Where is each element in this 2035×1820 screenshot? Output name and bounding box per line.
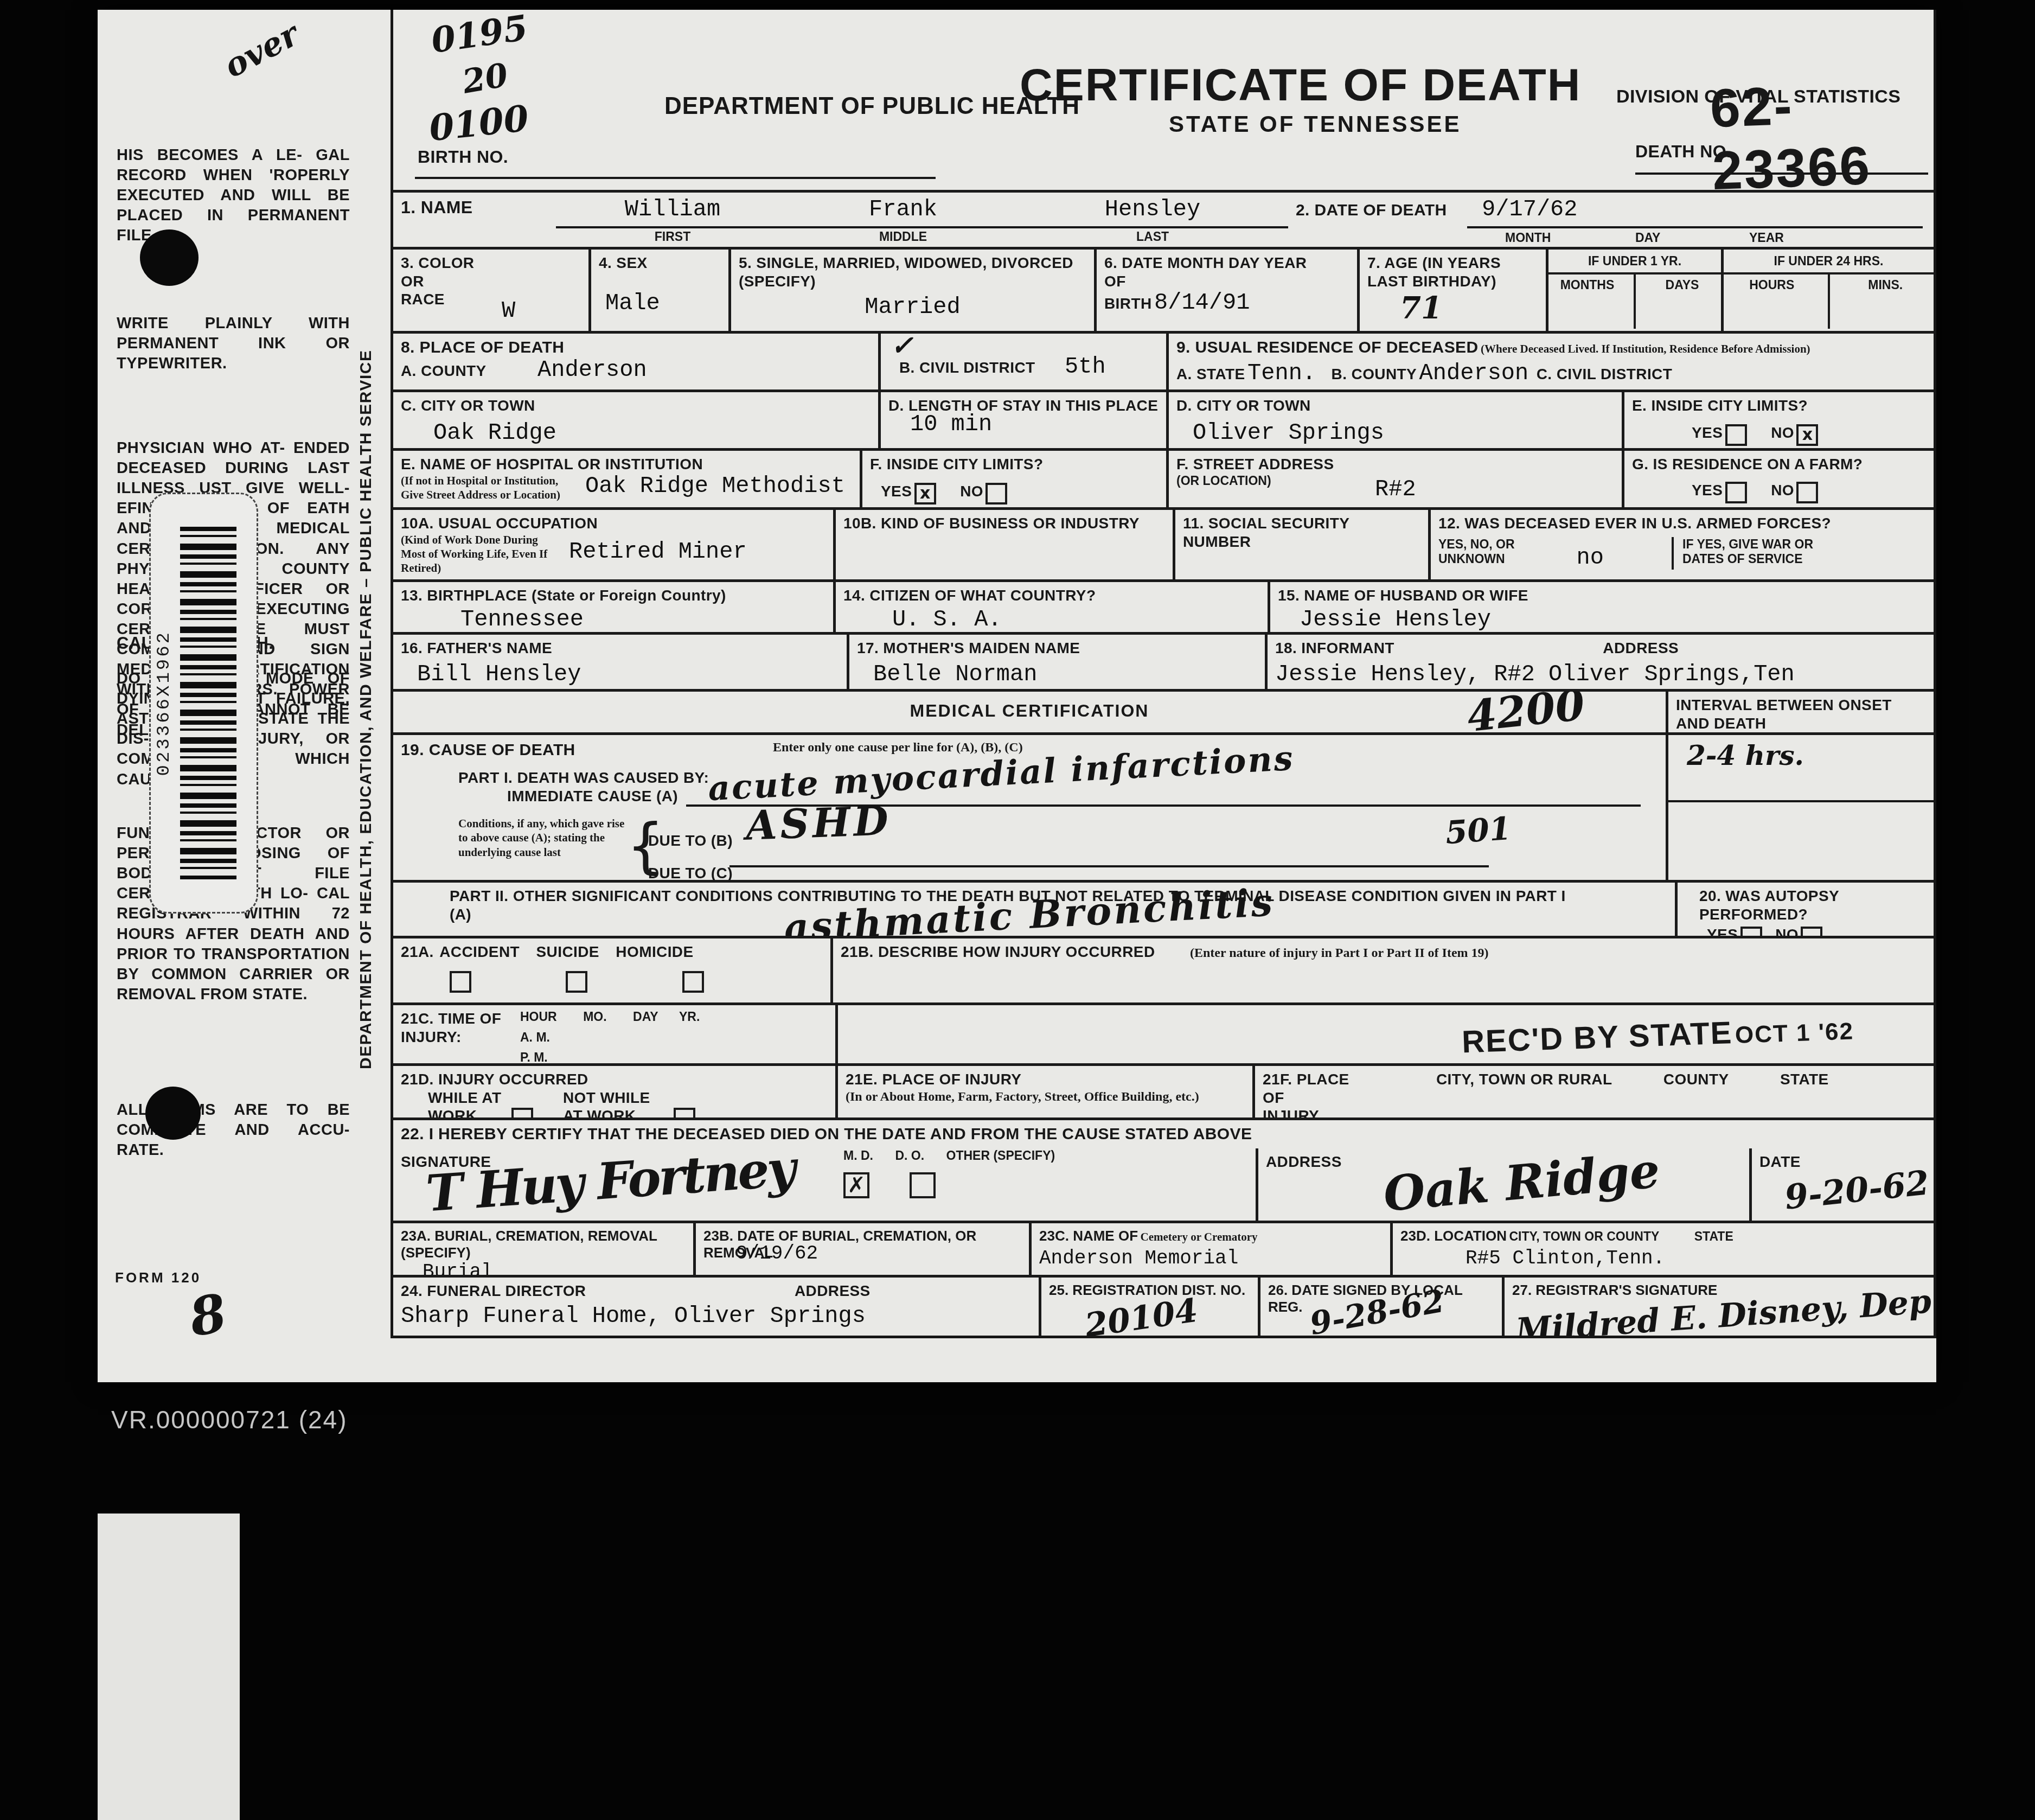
- place-county-label: A. COUNTY: [401, 362, 487, 379]
- injury-21e-note: (In or About Home, Farm, Factory, Street…: [846, 1089, 1245, 1105]
- cause-label: 19. CAUSE OF DEATH: [401, 740, 575, 760]
- row-place-county: 8. PLACE OF DEATH A. COUNTY Anderson ✓ B…: [393, 331, 1934, 389]
- hole-punch: [145, 1087, 201, 1140]
- injury-21b-note: (Enter nature of injury in Part I or Par…: [1190, 946, 1489, 960]
- row-demographics: 3. COLOR OR RACE W 4. SEX Male 5. SINGLE…: [393, 247, 1934, 331]
- not-while-at-work-checkbox: [674, 1108, 695, 1117]
- department-line: DEPARTMENT OF PUBLIC HEALTH: [664, 92, 1080, 121]
- injury-21b-label: 21B. DESCRIBE HOW INJURY OCCURRED: [841, 943, 1155, 960]
- dod-value: 9/17/62: [1482, 196, 1577, 222]
- autopsy-label: 20. WAS AUTOPSY PERFORMED?: [1685, 887, 1926, 923]
- homicide-checkbox: [682, 971, 704, 993]
- race-label-3: RACE: [401, 290, 581, 309]
- autopsy-yes-checkbox: [1740, 927, 1762, 936]
- residence-city-label: D. CITY OR TOWN: [1176, 397, 1614, 415]
- funeral-director-value: Sharp Funeral Home, Oliver Springs: [401, 1304, 1031, 1329]
- part1-label: PART I. DEATH WAS CAUSED BY:: [458, 769, 709, 787]
- due-b-label: DUE TO (B): [648, 832, 733, 850]
- form-number-label: FORM 120: [115, 1269, 201, 1286]
- interval-a-value: 2-4 hrs.: [1687, 739, 1804, 771]
- birth-no-label: BIRTH NO.: [418, 146, 508, 167]
- row-cause-of-death: 19. CAUSE OF DEATH Enter only one cause …: [393, 732, 1934, 880]
- place-limits-no-checkbox: [985, 483, 1007, 505]
- sex-value: Male: [605, 291, 721, 316]
- accident-checkbox: [450, 971, 471, 993]
- farm-no-label: NO: [1771, 482, 1794, 499]
- registration-dist-label: 25. REGISTRATION DIST. NO.: [1049, 1282, 1250, 1299]
- residence-limits-yes-checkbox: [1725, 424, 1747, 446]
- handwritten-over-note: over: [218, 15, 305, 86]
- handwritten-eight: 8: [185, 1282, 231, 1349]
- under-1yr-label: IF UNDER 1 YR.: [1548, 254, 1721, 269]
- while-at-work-label: WHILE AT WORK: [428, 1089, 509, 1117]
- place-of-death-header: 8. PLACE OF DEATH: [401, 338, 871, 357]
- hole-punch: [140, 229, 199, 286]
- burial-d-sub: CITY, TOWN OR COUNTY: [1509, 1229, 1659, 1243]
- name-middle-sub: MIDDLE: [797, 229, 1009, 245]
- citizen-value: U. S. A.: [892, 607, 1260, 632]
- do-label: D. O.: [895, 1148, 924, 1163]
- residence-county-value: Anderson: [1419, 360, 1529, 386]
- certificate-title: CERTIFICATE OF DEATH: [1020, 58, 1582, 112]
- row-medical-header: MEDICAL CERTIFICATION 4200 INTERVAL BETW…: [393, 689, 1934, 732]
- place-stay-value: 10 min: [910, 412, 1159, 437]
- dob-value: 8/14/91: [1154, 290, 1250, 316]
- armed-forces-value: no: [1576, 544, 1603, 570]
- spouse-value: Jessie Hensley: [1300, 607, 1926, 632]
- residence-limits-label: E. INSIDE CITY LIMITS?: [1632, 397, 1926, 415]
- marital-label: 5. SINGLE, MARRIED, WIDOWED, DIVORCED (S…: [739, 254, 1086, 290]
- row-burial: 23A. BURIAL, CREMATION, REMOVAL (SPECIFY…: [393, 1221, 1934, 1275]
- autopsy-no-checkbox: [1801, 927, 1822, 936]
- father-label: 16. FATHER'S NAME: [401, 639, 839, 657]
- ssn-label: 11. SOCIAL SECURITY NUMBER: [1183, 514, 1420, 551]
- armed-forces-note: IF YES, GIVE WAR OR DATES OF SERVICE: [1672, 537, 1834, 570]
- recd-date-stamp: OCT 1 '62: [1735, 1018, 1854, 1049]
- place-limits-label: F. INSIDE CITY LIMITS?: [870, 455, 1159, 474]
- mother-value: Belle Norman: [873, 662, 1257, 687]
- row-certify: 22. I HEREBY CERTIFY THAT THE DECEASED D…: [393, 1117, 1934, 1221]
- cause-enter-note: Enter only one cause per line for (A), (…: [773, 739, 1023, 756]
- place-city-label: C. CITY OR TOWN: [401, 397, 871, 415]
- not-while-at-work-label: NOT WHILE AT WORK: [563, 1089, 671, 1117]
- dob-label-1: 6. DATE MONTH DAY YEAR: [1104, 254, 1307, 271]
- conditions-note: Conditions, if any, which gave rise to a…: [458, 816, 626, 859]
- under-24hrs-mins: MINS.: [1828, 274, 1934, 329]
- occupation-note: (Kind of Work Done During Most of Workin…: [401, 533, 564, 576]
- hospital-value: Oak Ridge Methodist: [585, 474, 852, 499]
- injury-21a-label: 21A.: [401, 943, 434, 960]
- suicide-label: SUICIDE: [536, 943, 599, 960]
- left-margin-instructions: over HIS BECOMES A LE- GAL RECORD WHEN '…: [98, 10, 391, 1382]
- injury-hour-label: HOUR: [520, 1010, 557, 1024]
- row-part2: PART II. OTHER SIGNIFICANT CONDITIONS CO…: [393, 880, 1934, 936]
- residence-limits-yes-label: YES: [1692, 424, 1723, 441]
- scan-file-label: VR.000000721 (24): [111, 1405, 348, 1434]
- dod-day-sub: DAY: [1635, 231, 1660, 246]
- burial-d-value: R#5 Clinton,Tenn.: [1466, 1248, 1926, 1269]
- handwritten-code-2: 20: [460, 56, 511, 101]
- burial-c-value: Anderson Memorial: [1039, 1248, 1383, 1269]
- place-limits-yes-label: YES: [881, 483, 912, 500]
- certify-label: 22. I HEREBY CERTIFY THAT THE DECEASED D…: [393, 1120, 1934, 1148]
- injury-21f-col1: CITY, TOWN OR RURAL: [1436, 1071, 1612, 1088]
- handwritten-4200: 4200: [1465, 692, 1587, 732]
- md-label: M. D.: [843, 1148, 873, 1163]
- death-certificate-form: 0195 20 0100 BIRTH NO. DEPARTMENT OF PUB…: [391, 10, 1936, 1338]
- vertical-department-label: DEPARTMENT OF HEALTH, EDUCATION, AND WEL…: [357, 86, 387, 1333]
- informant-value: Jessie Hensley, R#2 Oliver Springs,Ten: [1275, 662, 1926, 687]
- residence-county-label: B. COUNTY: [1332, 366, 1417, 382]
- handwritten-code-3: 0100: [427, 97, 530, 150]
- injury-21f-label-3: INJURY: [1263, 1107, 1371, 1117]
- injury-21d-label: 21D. INJURY OCCURRED: [401, 1070, 828, 1089]
- row-place-city: C. CITY OR TOWN Oak Ridge D. LENGTH OF S…: [393, 389, 1934, 448]
- name-label: 1. NAME: [401, 197, 473, 217]
- row-21def: 21D. INJURY OCCURRED WHILE AT WORK NOT W…: [393, 1063, 1934, 1117]
- form-header: 0195 20 0100 BIRTH NO. DEPARTMENT OF PUB…: [393, 10, 1934, 190]
- injury-day-label: DAY: [633, 1010, 658, 1024]
- under-24hrs-hours: HOURS: [1721, 274, 1828, 329]
- name-first-sub: FIRST: [564, 229, 782, 245]
- row-occupation: 10A. USUAL OCCUPATION (Kind of Work Done…: [393, 507, 1934, 579]
- civil-district-checkmark: ✓: [891, 334, 913, 361]
- race-label-1: 3. COLOR: [401, 254, 581, 272]
- farm-yes-label: YES: [1692, 482, 1723, 499]
- interval-label: INTERVAL BETWEEN ONSET AND DEATH: [1676, 696, 1926, 732]
- marital-value: Married: [739, 295, 1086, 320]
- race-value: W: [502, 298, 515, 323]
- margin-note-legal: HIS BECOMES A LE- GAL RECORD WHEN 'ROPER…: [117, 145, 350, 246]
- birthplace-label: 13. BIRTHPLACE (State or Foreign Country…: [401, 586, 825, 605]
- residence-header: 9. USUAL RESIDENCE OF DECEASED: [1176, 339, 1479, 356]
- age-value: 71: [1400, 290, 1442, 326]
- hospital-label: E. NAME OF HOSPITAL OR INSTITUTION: [401, 455, 852, 474]
- citizen-label: 14. CITIZEN OF WHAT COUNTRY?: [843, 586, 1260, 605]
- row-parents: 16. FATHER'S NAME Bill Hensley 17. MOTHE…: [393, 632, 1934, 689]
- accident-label: ACCIDENT: [439, 943, 520, 960]
- recd-by-state-stamp: REC'D BY STATE: [1461, 1015, 1733, 1059]
- dod-label: 2. DATE OF DEATH: [1296, 201, 1447, 219]
- dod-month-sub: MONTH: [1505, 231, 1551, 246]
- do-checkbox: [910, 1172, 936, 1198]
- place-civil-label: B. CIVIL DISTRICT: [899, 359, 1035, 376]
- dob-label-3: BIRTH: [1104, 295, 1152, 312]
- residence-city-value: Oliver Springs: [1193, 420, 1614, 445]
- under-24hrs-label: IF UNDER 24 HRS.: [1724, 254, 1934, 269]
- funeral-director-label: 24. FUNERAL DIRECTOR: [401, 1282, 586, 1299]
- occupation-value: Retired Miner: [569, 539, 825, 564]
- name-last-value: Hensley: [1025, 197, 1281, 222]
- name-first-value: William: [564, 197, 782, 222]
- name-middle-value: Frank: [797, 197, 1009, 222]
- burial-d-label: 23D. LOCATION: [1400, 1228, 1507, 1244]
- handwritten-code-1: 0195: [429, 8, 530, 61]
- barcode-number: 023366X1962: [154, 630, 175, 776]
- margin-note-write-plainly: WRITE PLAINLY WITH PERMANENT INK OR TYPE…: [117, 314, 350, 374]
- burial-a-label: 23A. BURIAL, CREMATION, REMOVAL (SPECIFY…: [401, 1228, 686, 1261]
- code-b-value: 501: [1444, 810, 1513, 851]
- residence-state-value: Tenn.: [1247, 360, 1316, 386]
- bottom-white-strip: [98, 1514, 240, 1820]
- armed-forces-label: 12. WAS DECEASED EVER IN U.S. ARMED FORC…: [1438, 514, 1926, 533]
- hospital-note: (If not in Hospital or Institution, Give…: [401, 474, 580, 502]
- other-specify-label: OTHER (SPECIFY): [946, 1148, 1055, 1163]
- injury-21f-col3: STATE: [1780, 1071, 1829, 1088]
- state-line: STATE OF TENNESSEE: [1169, 111, 1462, 138]
- dod-year-sub: YEAR: [1749, 231, 1784, 246]
- age-label-1: 7. AGE (IN YEARS: [1367, 254, 1538, 272]
- injury-mo-label: MO.: [583, 1010, 606, 1024]
- place-city-value: Oak Ridge: [433, 420, 871, 445]
- residence-note: (Where Deceased Lived. If Institution, R…: [1481, 342, 1810, 355]
- while-at-work-checkbox: [511, 1108, 533, 1117]
- mother-label: 17. MOTHER'S MAIDEN NAME: [857, 639, 1257, 657]
- place-limits-no-label: NO: [960, 483, 983, 500]
- cause-b-value: ASHD: [745, 797, 893, 849]
- barcode-box: 023366X1962: [149, 493, 258, 914]
- burial-d-state: STATE: [1694, 1229, 1733, 1243]
- age-label-2: LAST BIRTHDAY): [1367, 272, 1538, 291]
- injury-yr-label: YR.: [679, 1010, 700, 1024]
- residence-limits-no-label: NO: [1771, 424, 1794, 441]
- business-label: 10B. KIND OF BUSINESS OR INDUSTRY: [843, 514, 1165, 533]
- autopsy-yes-label: YES: [1707, 926, 1738, 936]
- place-civil-value: 5th: [1065, 354, 1106, 380]
- burial-c-label: 23C. NAME OF: [1039, 1228, 1138, 1244]
- burial-c-sub: Cemetery or Crematory: [1140, 1230, 1257, 1243]
- under-1yr-months: MONTHS: [1546, 274, 1634, 329]
- under-1yr-days: DAYS: [1634, 274, 1721, 329]
- row-registration: 24. FUNERAL DIRECTOR ADDRESS Sharp Funer…: [393, 1275, 1934, 1336]
- residence-state-label: A. STATE: [1176, 366, 1245, 382]
- farm-label: G. IS RESIDENCE ON A FARM?: [1632, 455, 1926, 474]
- farm-yes-checkbox: [1725, 482, 1747, 503]
- row-hospital-street: E. NAME OF HOSPITAL OR INSTITUTION (If n…: [393, 448, 1934, 507]
- immediate-cause-label: IMMEDIATE CAUSE (A): [507, 787, 678, 806]
- md-checkbox: ✗: [843, 1172, 869, 1198]
- injury-am-label: A. M.: [520, 1030, 828, 1045]
- row-name: 1. NAME William FIRST Frank MIDDLE Hensl…: [393, 190, 1934, 247]
- homicide-label: HOMICIDE: [616, 943, 693, 960]
- father-value: Bill Hensley: [417, 662, 839, 687]
- injury-21c-label: 21C. TIME OF INJURY:: [401, 1010, 509, 1046]
- place-county-value: Anderson: [537, 357, 647, 383]
- burial-a-value: Burial: [423, 1261, 686, 1275]
- birthplace-value: Tennessee: [460, 607, 825, 632]
- due-c-label: DUE TO (C): [648, 864, 733, 880]
- death-number-stamp: 62-23366: [1709, 70, 1936, 202]
- street-address-label: F. STREET ADDRESS: [1176, 455, 1614, 474]
- injury-pm-label: P. M.: [520, 1050, 828, 1063]
- informant-label: 18. INFORMANT: [1275, 640, 1394, 656]
- race-label-2: OR: [401, 272, 581, 291]
- suicide-checkbox: [566, 971, 587, 993]
- farm-no-checkbox: [1796, 482, 1818, 503]
- injury-21f-label-1: 21F. PLACE: [1263, 1070, 1371, 1089]
- injury-21f-label-2: OF: [1263, 1089, 1371, 1107]
- residence-civil-label: C. CIVIL DISTRICT: [1537, 366, 1673, 382]
- certificate-paper: over HIS BECOMES A LE- GAL RECORD WHEN '…: [98, 10, 1936, 1382]
- place-limits-yes-checkbox: x: [914, 483, 936, 505]
- barcode-icon: [180, 527, 236, 879]
- injury-21e-label: 21E. PLACE OF INJURY: [846, 1071, 1021, 1088]
- birth-no-line: [415, 177, 936, 179]
- street-address-value: R#2: [1375, 477, 1416, 502]
- autopsy-no-label: NO: [1775, 926, 1799, 936]
- spouse-label: 15. NAME OF HUSBAND OR WIFE: [1278, 586, 1926, 605]
- injury-21f-col2: COUNTY: [1663, 1071, 1729, 1088]
- row-birthplace: 13. BIRTHPLACE (State or Foreign Country…: [393, 579, 1934, 632]
- informant-address-label: ADDRESS: [1603, 640, 1679, 656]
- occupation-label: 10A. USUAL OCCUPATION: [401, 514, 825, 533]
- armed-forces-sub: YES, NO, OR UNKNOWN: [1438, 537, 1574, 567]
- funeral-director-address-label: ADDRESS: [795, 1282, 871, 1299]
- name-last-sub: LAST: [1025, 229, 1281, 245]
- residence-limits-no-checkbox: x: [1796, 424, 1818, 446]
- scan-background: over HIS BECOMES A LE- GAL RECORD WHEN '…: [0, 0, 2035, 1820]
- sex-label: 4. SEX: [599, 254, 721, 272]
- row-21c: 21C. TIME OF INJURY: HOUR MO. DAY YR. A.…: [393, 1002, 1934, 1063]
- row-21ab: 21A. ACCIDENT SUICIDE HOMICIDE 21B. DESC…: [393, 936, 1934, 1002]
- burial-b-value: 9/19/62: [736, 1243, 1021, 1265]
- dob-label-2: OF: [1104, 272, 1349, 291]
